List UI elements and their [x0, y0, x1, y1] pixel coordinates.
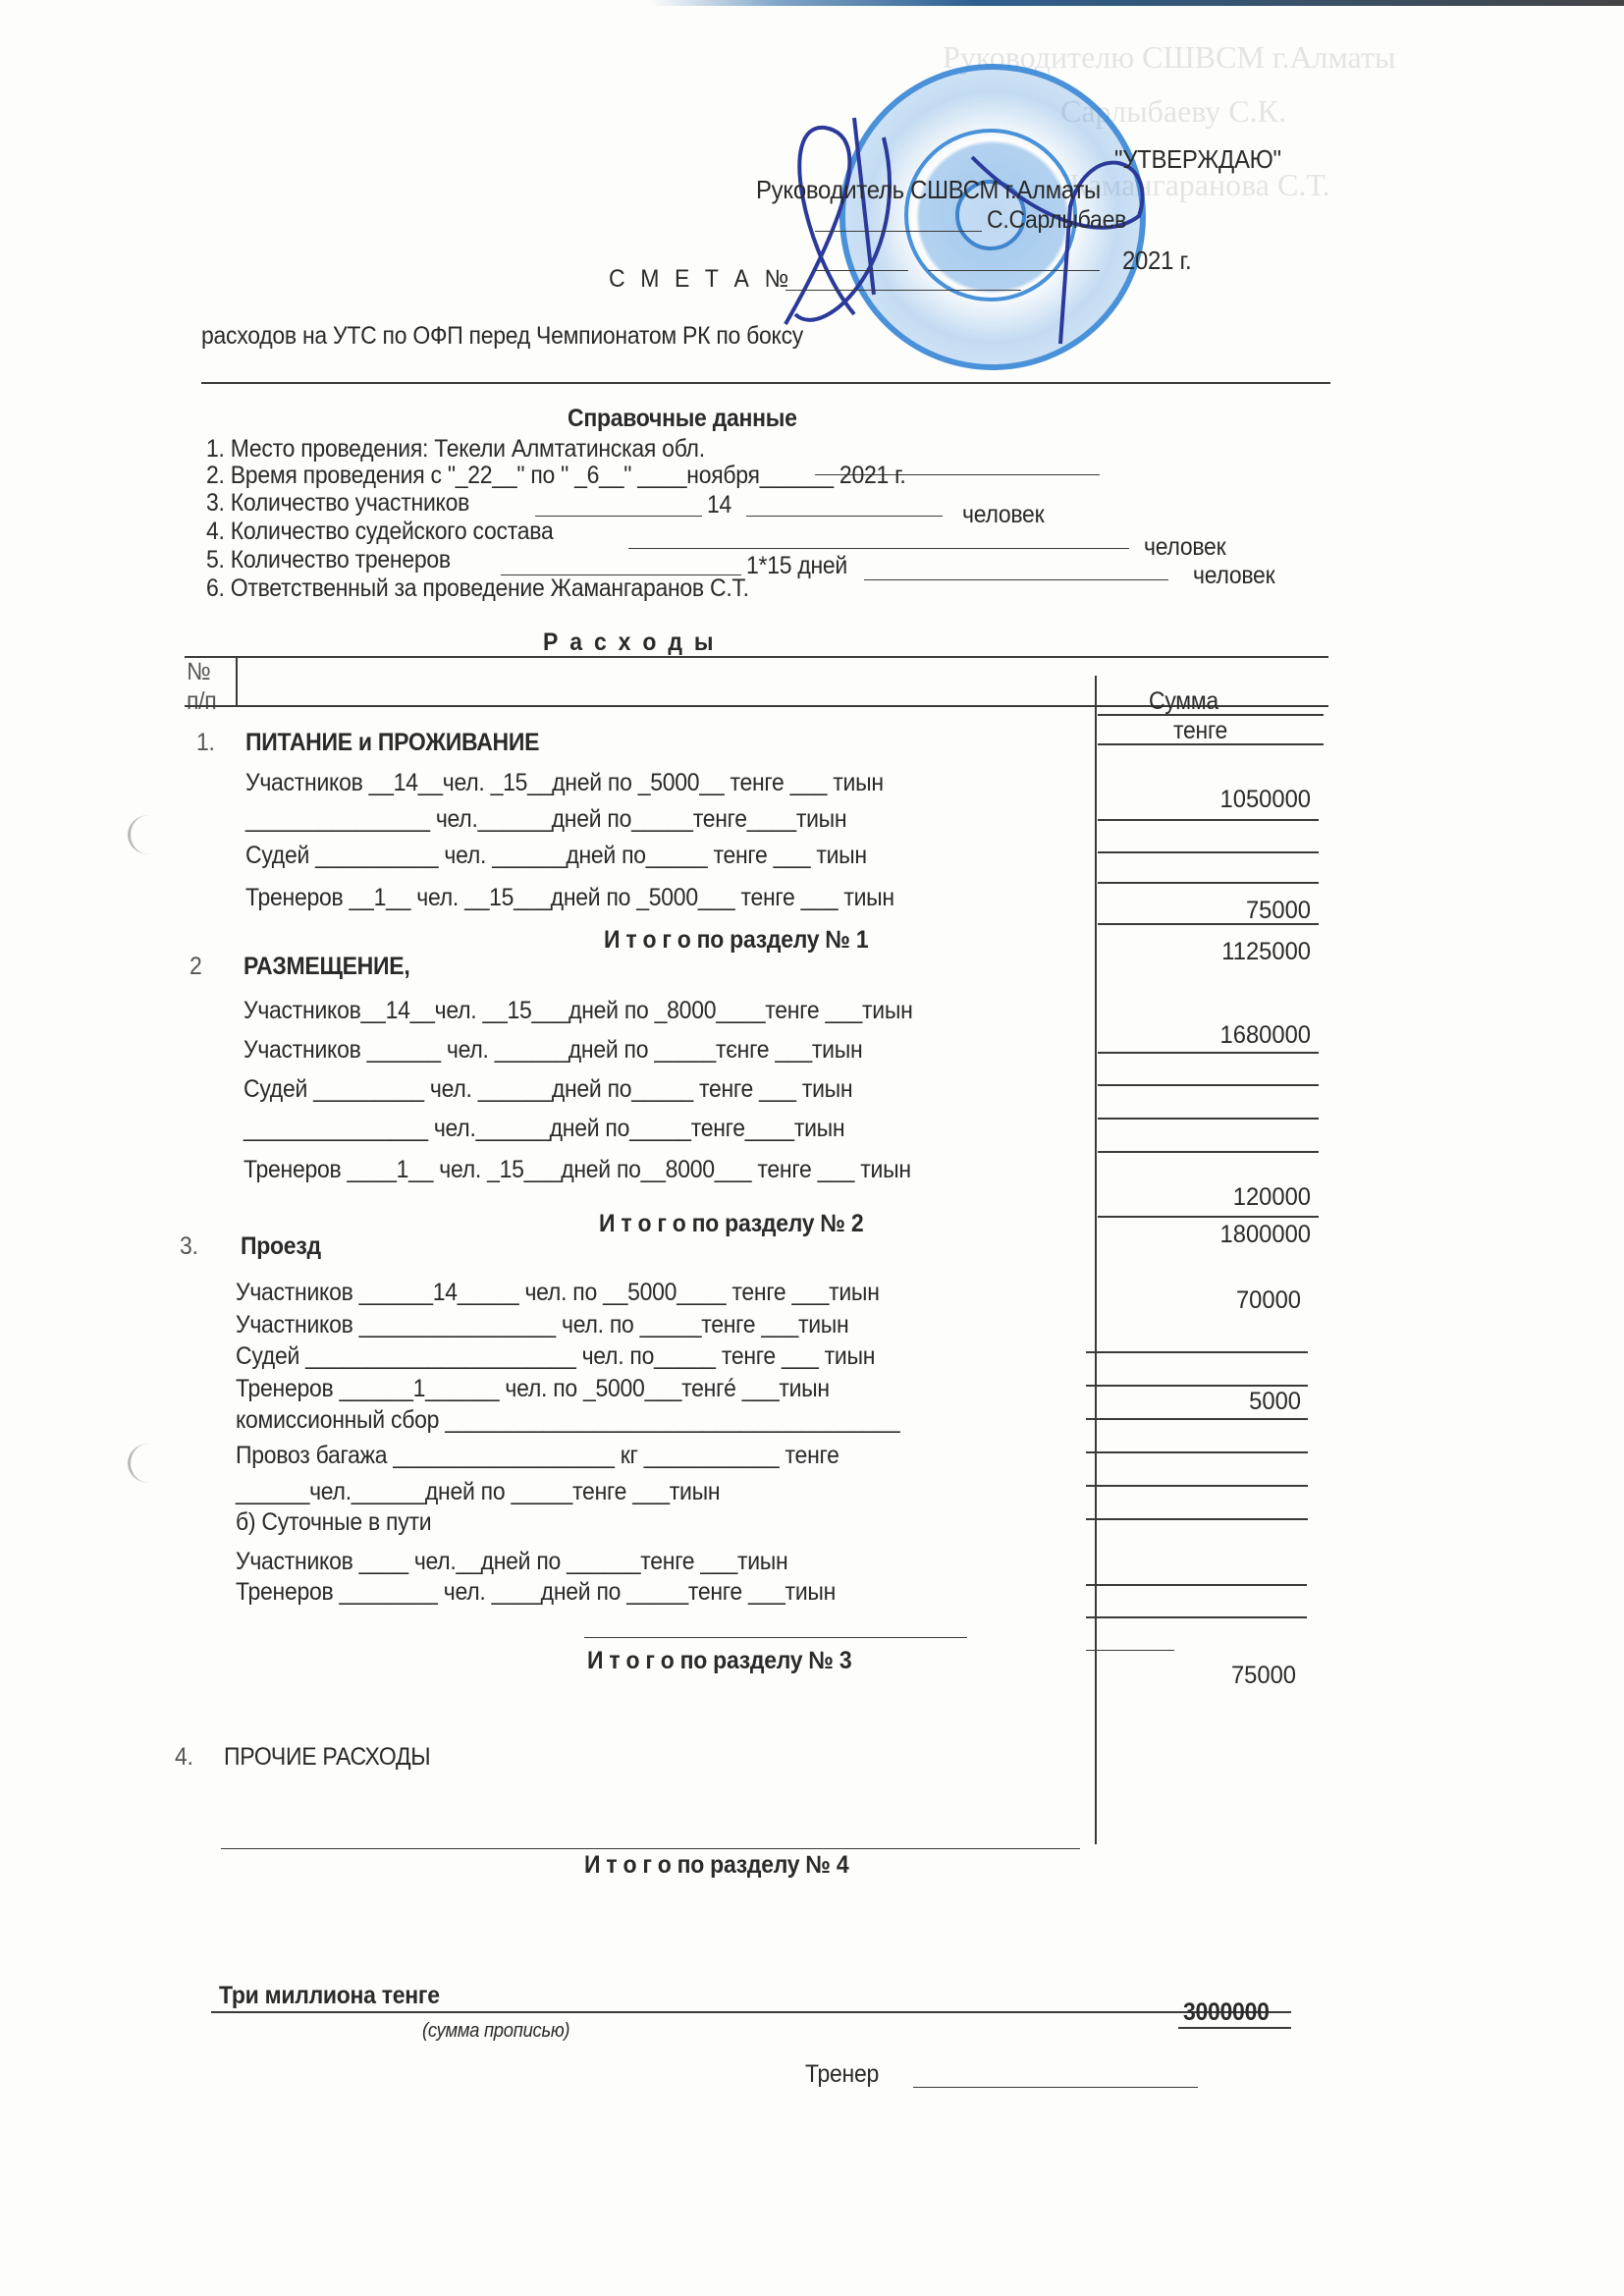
- expense-line: Участников__14__чел. __15___дней по _800…: [244, 997, 913, 1025]
- section-number: 3.: [180, 1232, 198, 1261]
- scan-top-edge: [0, 0, 1624, 6]
- fill-line: [746, 516, 943, 517]
- section-total-label: И т о г о по разделу № 1: [604, 926, 868, 955]
- section-total-label: И т о г о по разделу № 4: [584, 1851, 848, 1880]
- expense-line: Тренеров ____1__ чел. _15___дней по__800…: [244, 1156, 911, 1184]
- table-line: [1098, 923, 1319, 925]
- table-line: [1098, 1052, 1319, 1054]
- section-title: Проезд: [241, 1232, 321, 1261]
- line-amount: 1680000: [1106, 1021, 1311, 1050]
- expense-line: Тренеров ______1______ чел. по _5000___т…: [236, 1375, 830, 1403]
- table-line: [1098, 714, 1324, 716]
- section-number: 2: [189, 953, 202, 981]
- line-amount: 1050000: [1106, 786, 1311, 814]
- expense-line: Участников ____ чел.__дней по ______тенг…: [236, 1548, 787, 1576]
- line-amount: 70000: [1096, 1286, 1301, 1315]
- section-title: ПИТАНИЕ и ПРОЖИВАНИЕ: [245, 729, 539, 757]
- col-sum-header: тенге: [1173, 717, 1227, 745]
- table-line: [1098, 1216, 1319, 1218]
- table-line: [1098, 851, 1319, 853]
- grand-total-rule: [211, 2011, 1291, 2013]
- trainers-value: 1*15 дней: [746, 552, 847, 580]
- expense-line: ______чел.______дней по _____тенге ___ти…: [236, 1478, 720, 1506]
- table-line: [1098, 819, 1319, 821]
- approval-position: Руководитель СШВСМ г.Алматы: [756, 175, 1101, 205]
- expense-line: _______________ чел.______дней по_____те…: [244, 1115, 844, 1143]
- table-line: [1098, 1118, 1319, 1120]
- expense-line: Участников ______14_____ чел. по __5000_…: [236, 1279, 880, 1307]
- grand-total-value: 3000000: [1183, 1998, 1270, 2027]
- section-number: 1.: [196, 729, 215, 757]
- table-line: [1098, 743, 1324, 745]
- expense-line: _______________ чел.______дней по_____те…: [245, 805, 846, 834]
- signature-line: [815, 231, 982, 232]
- reference-item: 4. Количество судейского состава: [206, 518, 553, 546]
- col-sum-header: Сумма: [1149, 687, 1218, 716]
- trainer-signature-line[interactable]: [913, 2087, 1198, 2088]
- section-number: 4.: [175, 1743, 193, 1772]
- approval-label: "УТВЕРЖДАЮ": [1114, 144, 1281, 175]
- col-no-header: №: [187, 658, 210, 686]
- expenses-heading: Р а с х о д ы: [543, 629, 716, 657]
- expense-line: Провоз багажа __________________ кг ____…: [236, 1442, 839, 1470]
- line-amount: 75000: [1106, 897, 1311, 925]
- grand-total-underline: [1178, 2027, 1291, 2029]
- total-caption: (сумма прописью): [422, 2020, 569, 2043]
- line-amount: 5000: [1096, 1388, 1301, 1416]
- section-total: 1800000: [1106, 1221, 1311, 1249]
- approval-signatory: С.Сарлыбаев: [987, 206, 1126, 235]
- table-line: [1086, 1650, 1174, 1651]
- table-line: [1086, 1584, 1307, 1586]
- expense-line: б) Суточные в пути: [236, 1508, 431, 1537]
- reference-item: 2. Время проведения с "_22__" по " _6__"…: [206, 462, 906, 490]
- expense-line: Судей _________ чел. ______дней по_____ …: [244, 1075, 852, 1104]
- document-title: С М Е Т А №: [609, 265, 793, 294]
- table-line: [1086, 1485, 1308, 1487]
- table-top-border: [185, 656, 1328, 658]
- reference-item: 3. Количество участников: [206, 489, 469, 518]
- expense-line: комиссионный сбор ______________________…: [236, 1406, 899, 1435]
- table-line: [1086, 1418, 1308, 1420]
- approval-date: 2021 г.: [1122, 246, 1191, 276]
- expense-line: Участников __14__чел. _15__дней по _5000…: [245, 769, 884, 797]
- date-month-line: [928, 270, 1100, 271]
- participants-value: 14: [707, 491, 731, 519]
- table-col-divider: [236, 656, 238, 705]
- section-total-label: И т о г о по разделу № 3: [587, 1647, 851, 1675]
- fill-line: [535, 516, 702, 517]
- trainer-signature-label: Тренер: [805, 2060, 879, 2089]
- unit-label: человек: [962, 501, 1044, 529]
- table-line: [1086, 1616, 1307, 1618]
- section-total-label: И т о г о по разделу № 2: [599, 1210, 863, 1238]
- col-no-header: п/п: [187, 687, 216, 716]
- expense-line: Тренеров ________ чел. ____дней по _____…: [236, 1578, 836, 1607]
- line-amount: 120000: [1106, 1183, 1311, 1212]
- date-day-line: [815, 270, 908, 271]
- expense-line: Тренеров __1__ чел. __15___дней по _5000…: [245, 884, 894, 912]
- expense-line: Участников ________________ чел. по ____…: [236, 1311, 848, 1339]
- table-line: [1098, 882, 1319, 884]
- expense-line: Участников ______ чел. ______дней по ___…: [244, 1036, 862, 1065]
- total-in-words: Три миллиона тенге: [219, 1982, 440, 2010]
- unit-label: человек: [1193, 562, 1274, 590]
- section-title: РАЗМЕЩЕНИЕ,: [244, 953, 409, 981]
- section-total: 1125000: [1106, 938, 1311, 966]
- document-subject: расходов на УТС по ОФП перед Чемпионатом…: [201, 322, 803, 351]
- punch-hole-mark: [128, 1444, 170, 1483]
- total-rule: [221, 1848, 1080, 1849]
- table-line: [1086, 1385, 1308, 1387]
- section-title: ПРОЧИЕ РАСХОДЫ: [224, 1743, 430, 1772]
- table-line: [1098, 1151, 1319, 1153]
- table-line: [1086, 1451, 1308, 1453]
- subject-underline: [201, 382, 1330, 384]
- reference-heading: Справочные данные: [568, 405, 797, 433]
- expense-line: Судей __________ чел. ______дней по_____…: [245, 842, 867, 870]
- document-number-line: [785, 290, 1021, 291]
- fill-line: [864, 579, 1168, 580]
- table-line: [1086, 1518, 1308, 1520]
- total-rule: [584, 1637, 967, 1638]
- fill-line: [628, 548, 1129, 549]
- unit-label: человек: [1144, 533, 1225, 562]
- reference-item: 5. Количество тренеров: [206, 546, 451, 574]
- reference-item: 1. Место проведения: Текели Алмтатинская…: [206, 435, 705, 464]
- expense-line: Судей ______________________ чел. по____…: [236, 1342, 875, 1371]
- punch-hole-mark: [128, 815, 170, 854]
- table-line: [1098, 1084, 1319, 1086]
- section-total: 75000: [1091, 1662, 1296, 1690]
- reference-item: 6. Ответственный за проведение Жамангара…: [206, 574, 749, 603]
- table-line: [1086, 1351, 1308, 1353]
